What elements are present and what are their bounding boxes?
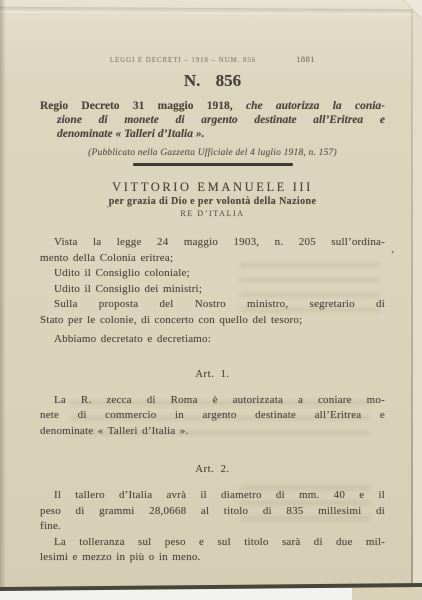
king-grace-line: per grazia di Dio e per volontà della Na… (40, 196, 385, 207)
separator-rule (133, 163, 293, 166)
article-paragraph: La R. zecca di Roma è autorizzata a coni… (40, 393, 385, 440)
text-line: fine. (40, 519, 385, 535)
preamble: Vista la legge 24 maggio 1903, n. 205 su… (40, 235, 385, 348)
gazette-publication-note: (Pubblicato nella Gazzetta Ufficiale del… (40, 148, 385, 158)
text-line: Stato per le colonie, di concerto con qu… (40, 313, 385, 329)
decree-title-lead: Regio Decreto 31 maggio 1918, (40, 100, 233, 112)
text-line: La tolleranza sul peso e sul titolo sarà… (40, 535, 385, 551)
text-line: Il tallero d’Italia avrà il diametro di … (40, 488, 385, 504)
page-number: 1881 (296, 54, 315, 64)
underlying-page-corner (352, 588, 422, 600)
decree-title-line: zione di monete di argento destinate all… (40, 113, 385, 127)
decree-title-rest: che autorizza la conia- (246, 100, 385, 112)
text-line: Vista la legge 24 maggio 1903, n. 205 su… (40, 235, 385, 251)
text-line: mento della Colonia eritrea; (40, 251, 385, 267)
document-page: ’ · Leggi e Decreti – 1918 – Num. 856 18… (0, 0, 422, 588)
article-heading: Art. 2. (40, 464, 385, 475)
preamble-paragraph: Udito il Consiglio coloniale; (40, 266, 385, 282)
article-paragraph: Il tallero d’Italia avrà il diametro di … (40, 488, 385, 535)
decree-title-line: denominate « Talleri d’Italia ». (40, 127, 385, 141)
text-line: Udito il Consiglio coloniale; (40, 266, 385, 282)
text-line: Sulla proposta del Nostro ministro, segr… (40, 297, 385, 313)
decree-title: Regio Decreto 31 maggio 1918, che autori… (40, 99, 385, 141)
text-line: denominate « Talleri d’Italia ». (40, 424, 385, 440)
decree-formula: Abbiamo decretato e decretiamo: (40, 332, 385, 348)
preamble-paragraph: Sulla proposta del Nostro ministro, segr… (40, 297, 385, 328)
text-line: lesimi e mezzo in più o in meno. (40, 550, 385, 566)
article-1: Art. 1. La R. zecca di Roma è autorizzat… (40, 369, 385, 440)
text-line: nete di commercio in argento destinate a… (40, 408, 385, 424)
running-header: Leggi e Decreti – 1918 – Num. 856 1881 (40, 54, 385, 64)
decree-title-line: Regio Decreto 31 maggio 1918, che autori… (40, 99, 385, 113)
article-heading: Art. 1. (40, 369, 385, 380)
king-name: VITTORIO EMANUELE III (40, 180, 385, 195)
article-2: Art. 2. Il tallero d’Italia avrà il diam… (40, 464, 385, 566)
article-paragraph: La tolleranza sul peso e sul titolo sarà… (40, 535, 385, 566)
preamble-paragraph: Vista la legge 24 maggio 1903, n. 205 su… (40, 235, 385, 266)
decree-number: N. 856 (40, 71, 385, 91)
page-content: Leggi e Decreti – 1918 – Num. 856 1881 N… (0, 0, 422, 566)
text-line: peso di grammi 28,0668 al titolo di 835 … (40, 504, 385, 520)
king-title: RE D’ITALIA (40, 209, 385, 218)
text-line: Abbiamo decretato e decretiamo: (40, 332, 385, 348)
text-line: Udito il Consiglio dei ministri; (40, 282, 385, 298)
text-line: La R. zecca di Roma è autorizzata a coni… (40, 393, 385, 409)
preamble-paragraph: Udito il Consiglio dei ministri; (40, 282, 385, 298)
journal-title: Leggi e Decreti – 1918 – Num. 856 (110, 56, 256, 64)
